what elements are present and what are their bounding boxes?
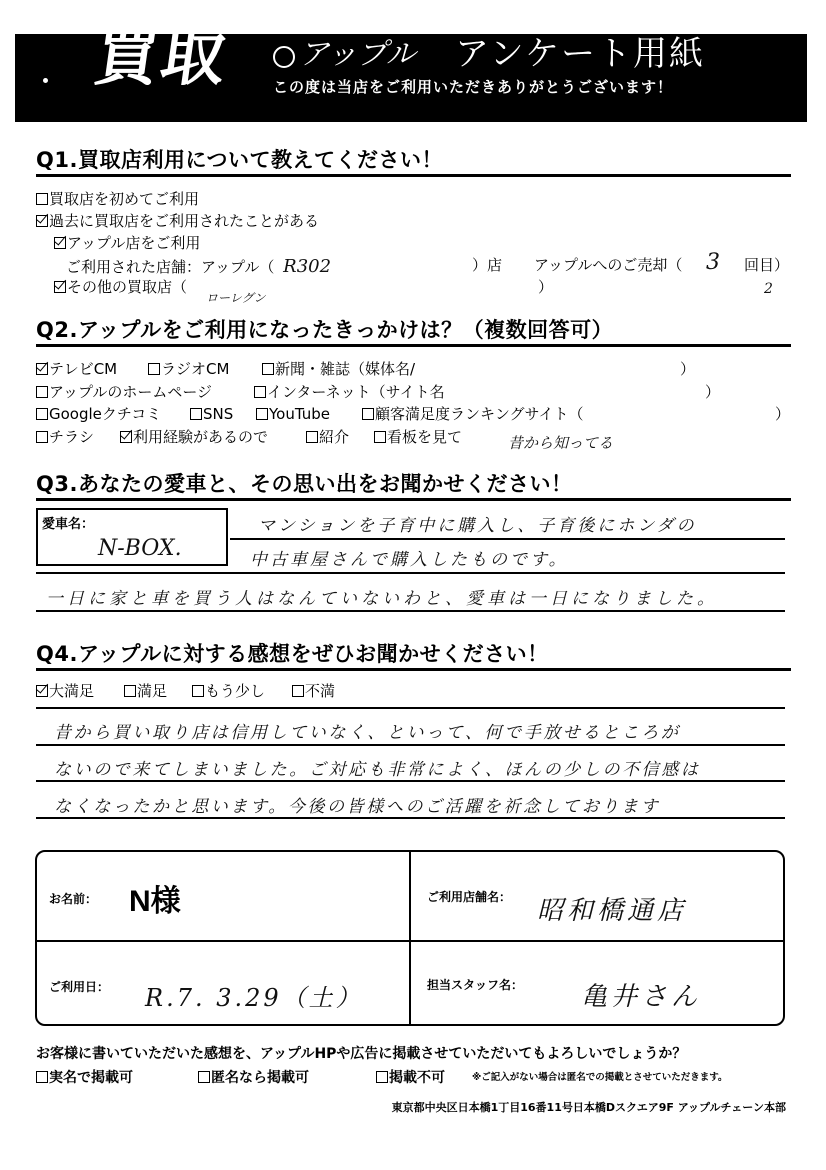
checkbox[interactable] [36,431,48,443]
car-name-label: 愛車名： [42,513,94,532]
feedback-line-1: 昔から買い取り店は信用していなく、といって、何で手放せるところが [54,718,681,743]
option-label: 満足 [137,682,167,700]
writing-rule [36,572,785,574]
consent-note: ※ご記入がない場合は匿名での掲載とさせていただきます。 [472,1069,727,1083]
q2-option-internet[interactable]: インターネット（サイト名 [254,385,445,400]
option-label: アップル店をご利用 [67,234,200,252]
q1-option-apple-store[interactable]: アップル店をご利用 [54,236,200,251]
store-used-value[interactable]: R302 [283,256,331,277]
customer-info-box: お名前： N様 ご利用店舗名： 昭和橋通店 ご利用日： R.7. 3.29（土）… [35,850,785,1026]
q2-option-referral[interactable]: 紹介 [306,430,349,445]
writing-rule [230,538,785,540]
q1-option-first-time[interactable]: 買取店を初めてご利用 [36,192,199,207]
option-label: Googleクチコミ [49,405,161,423]
checkbox[interactable] [306,431,318,443]
q1-option-used-before[interactable]: 過去に買取店をご利用されたことがある [36,214,319,229]
name-label: お名前： [49,890,97,907]
store-name-value[interactable]: 昭和橋通店 [537,890,687,927]
q3-heading: Q3.あなたの愛車と、その思い出をお聞かせください！ [36,472,791,501]
feedback-line-2: ないので来てしまいました。ご対応も非常によく、ほんの少しの不信感は [54,755,700,780]
q2-heading: Q2.アップルをご利用になったきっかけは？（複数回答可） [36,318,791,347]
other-store-value[interactable]: ローレグン [206,292,266,304]
option-label: 利用経験があるので [133,428,268,446]
q4-option-satisfied[interactable]: 満足 [124,684,167,699]
checkbox[interactable] [254,386,266,398]
q4-option-very-satisfied[interactable]: 大満足 [36,684,94,699]
page-subtitle: この度は当店をご利用いただきありがとうございます！ [273,76,673,97]
car-name-value: N-BOX. [98,536,182,561]
store-name-label: ご利用店舗名： [427,888,511,905]
checkbox[interactable] [262,363,274,375]
option-label: アップルのホームページ [49,383,212,401]
option-label: 不満 [305,682,335,700]
option-label: インターネット（サイト名 [267,383,445,401]
date-value[interactable]: R.7. 3.29（土） [145,978,363,1013]
q2-option-sns[interactable]: SNS [190,407,233,422]
divider [409,852,411,1024]
writing-rule [36,610,785,612]
option-label: テレビCM [49,360,117,378]
q1-heading: Q1.買取店利用について教えてください！ [36,148,791,177]
other-store-suffix: ） [538,280,553,295]
q1-option-other-store[interactable]: その他の買取店（ [54,280,187,295]
checkbox-checked[interactable] [36,685,48,697]
writing-rule [36,817,785,819]
publish-consent-question: お客様に書いていただいた感想を、アップルHPや広告に掲載させていただいてもよろし… [36,1043,686,1063]
store-used-label: ご利用された店舗：アップル（ [66,258,274,276]
store-suffix: ）店 [472,258,502,273]
checkbox[interactable] [198,1071,210,1083]
q2-option-ranking-site[interactable]: 顧客満足度ランキングサイト（ [362,407,584,422]
checkbox[interactable] [374,431,386,443]
q4-option-so-so[interactable]: もう少し [192,684,265,699]
option-label: 掲載不可 [389,1070,445,1086]
q2-option-tv-cm[interactable]: テレビCM [36,362,117,377]
option-label: 看板を見て [387,428,462,446]
writing-rule [36,744,785,746]
option-label: チラシ [49,428,94,446]
option-label: 新聞・雑誌（媒体名/ [275,360,415,378]
checkbox-checked[interactable] [54,237,66,249]
divider [37,940,783,942]
checkbox[interactable] [148,363,160,375]
q2-option-homepage[interactable]: アップルのホームページ [36,385,212,400]
q2-option-radio-cm[interactable]: ラジオCM [148,362,229,377]
checkbox[interactable] [36,1071,48,1083]
memory-line-3: 一日に家と車を買う人はなんていないわと、愛車は一日になりました。 [46,584,718,609]
apple-logo-icon [273,46,295,68]
option-label: 紹介 [319,428,349,446]
q2-option-signboard[interactable]: 看板を見て [374,430,462,445]
decorative-dot [43,78,48,83]
consent-real-name[interactable]: 実名で掲載可 [36,1067,133,1087]
option-label: 顧客満足度ランキングサイト（ [375,405,584,423]
newspaper-suffix: ） [680,362,695,377]
q2-handwritten-note: 昔から知ってる [508,436,613,451]
option-label: 匿名なら掲載可 [211,1070,309,1086]
checkbox[interactable] [192,685,204,697]
q1-store-used-row: ご利用された店舗：アップル（ R302 [66,258,331,276]
consent-anonymous[interactable]: 匿名なら掲載可 [198,1067,309,1087]
q2-option-flyer[interactable]: チラシ [36,430,94,445]
name-value[interactable]: N様 [129,876,181,920]
q2-option-past-experience[interactable]: 利用経験があるので [120,430,268,445]
option-label: 大満足 [49,682,94,700]
checkbox-checked[interactable] [120,431,132,443]
option-label: YouTube [269,405,330,423]
feedback-line-3: なくなったかと思います。今後の皆様へのご活躍を祈念しております [54,792,660,817]
option-label: SNS [203,405,233,423]
car-name-box[interactable]: 愛車名： N-BOX. [36,508,228,566]
checkbox[interactable] [292,685,304,697]
checkbox[interactable] [190,408,202,420]
kaitori-logo: 買取 [91,26,232,90]
checkbox-checked[interactable] [36,363,48,375]
writing-rule [36,707,785,709]
checkbox[interactable] [376,1071,388,1083]
option-label: その他の買取店（ [67,278,187,296]
date-label: ご利用日： [49,978,109,995]
writing-rule [36,780,785,782]
sell-count-suffix: 回目） [744,258,789,273]
ranking-suffix: ） [775,407,790,422]
checkbox[interactable] [36,386,48,398]
option-label: 実名で掲載可 [49,1070,133,1086]
sell-count-label: アップルへのご売却（ [534,258,682,273]
memory-line-2: 中古車屋さんで購入したものです。 [250,545,569,570]
q4-option-dissatisfied[interactable]: 不満 [292,684,335,699]
staff-value[interactable]: 亀井さん [581,976,701,1013]
checkbox[interactable] [256,408,268,420]
internet-suffix: ） [705,385,720,400]
option-label: もう少し [205,682,265,700]
checkbox-checked[interactable] [36,215,48,227]
checkbox[interactable] [36,408,48,420]
option-label: ラジオCM [161,360,229,378]
company-address: 東京都中央区日本橋1丁目16番11号日本橋Dスクエア9F アップルチェーン本部 [392,1099,786,1115]
brand-name: アップル [299,38,416,71]
consent-decline[interactable]: 掲載不可 [376,1067,445,1087]
staff-label: 担当スタッフ名： [427,976,523,993]
q2-option-newspaper[interactable]: 新聞・雑誌（媒体名/ [262,362,415,377]
q4-heading: Q4.アップルに対する感想をぜひお聞かせください！ [36,642,791,671]
option-label: 過去に買取店をご利用されたことがある [49,212,319,230]
checkbox[interactable] [36,193,48,205]
page-title: アンケート用紙 [455,36,705,73]
checkbox[interactable] [362,408,374,420]
option-label: 買取店を初めてご利用 [49,190,199,208]
other-store-count[interactable]: 2 [764,282,773,296]
q2-option-youtube[interactable]: YouTube [256,407,330,422]
sell-count-value[interactable]: 3 [706,252,720,274]
memory-line-1: マンションを子育中に購入し、子育後にホンダの [258,511,697,536]
checkbox[interactable] [124,685,136,697]
header-banner: 買取 アップル アンケート用紙 この度は当店をご利用いただきありがとうございます… [15,34,807,122]
q2-option-google-reviews[interactable]: Googleクチコミ [36,407,161,422]
checkbox-checked[interactable] [54,281,66,293]
